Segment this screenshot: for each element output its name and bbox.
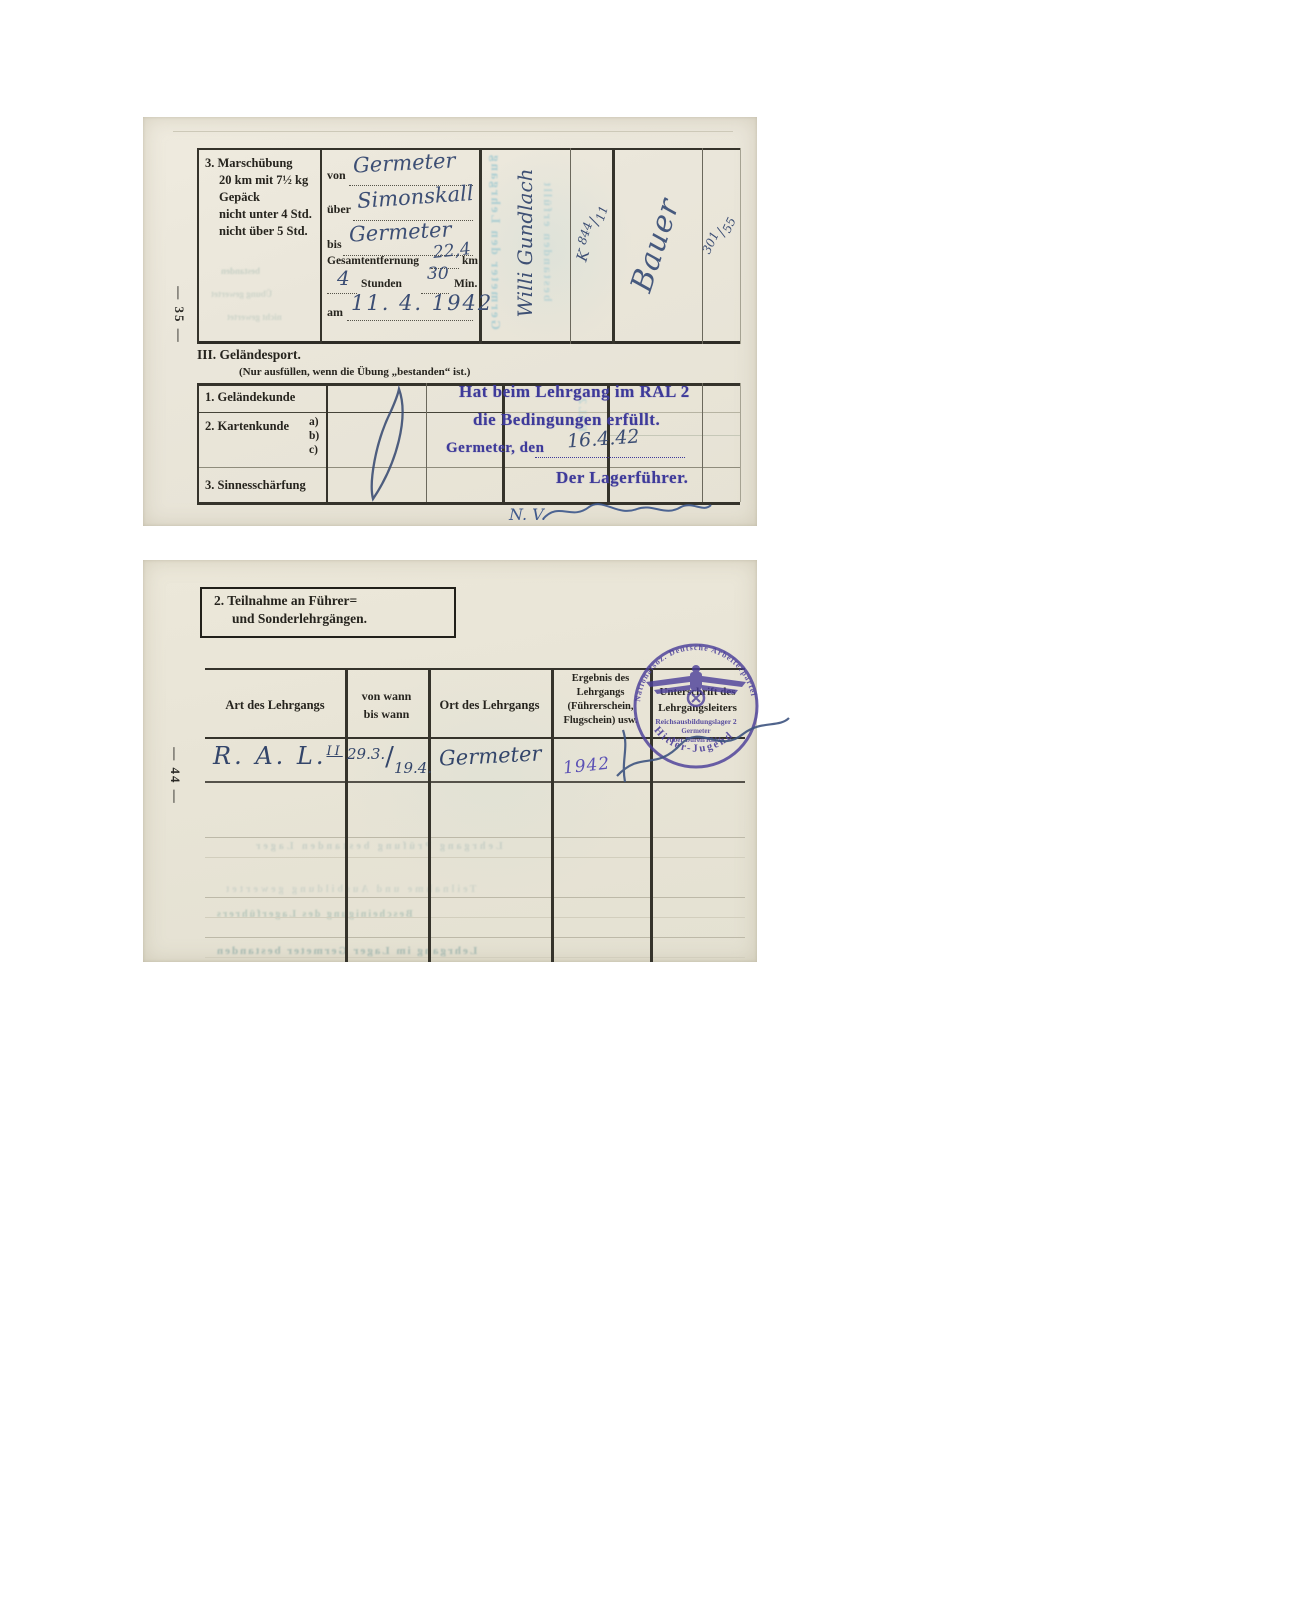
course-dates-handwritten: 29.3./19.4.	[347, 740, 432, 766]
participant-signature: Willi Gundlach	[515, 148, 535, 338]
bleedthrough-text: nicht gewertet	[227, 313, 282, 322]
row-rule-light	[205, 957, 745, 958]
column-divider	[428, 668, 431, 962]
row-sublabel: c)	[309, 445, 318, 457]
bleedthrough-text: bestanden erfüllt	[542, 146, 554, 336]
stunden-label: Stunden	[361, 279, 402, 291]
field-label: nicht über 5 Std.	[219, 225, 308, 238]
bis-label: bis	[327, 238, 342, 250]
field-label: nicht unter 4 Std.	[219, 208, 312, 221]
column-divider	[197, 148, 199, 344]
section-heading: III. Geländesport.	[197, 348, 301, 362]
course-type-superscript: II	[326, 744, 342, 759]
column-header-von: von wann	[345, 690, 428, 702]
row-rule-light	[205, 857, 745, 858]
registration-number-handwritten: K 844/11	[575, 202, 608, 264]
course-type-text: R. A. L.	[213, 742, 326, 770]
minuten-label: Min.	[454, 279, 477, 291]
column-divider	[326, 383, 328, 502]
section-heading-line1: 2. Teilnahme an Führer=	[214, 594, 357, 608]
field-label: Gepäck	[219, 191, 260, 204]
rule-line	[173, 131, 733, 132]
ueber-value-handwritten: Simonskall	[356, 183, 474, 212]
column-header-bis: bis wann	[345, 708, 428, 720]
course-type-handwritten: R. A. L.II	[213, 744, 343, 768]
date-value-handwritten: 11. 4. 1942	[351, 293, 493, 314]
section-subtitle: (Nur ausfüllen, wenn die Übung „bestande…	[239, 367, 470, 378]
k-denominator: 11	[593, 204, 611, 223]
minutes-value-handwritten: 30	[427, 266, 449, 283]
k-numerator: 844	[575, 220, 595, 246]
k-prefix: K	[573, 247, 594, 263]
date-to: 19.4.	[394, 759, 432, 777]
bleedthrough-text: Teilnahme und Ausbildung gewertet	[223, 885, 476, 895]
stamp-place-date-label: Germeter, den	[446, 441, 544, 456]
hours-value-handwritten: 4	[337, 268, 350, 288]
row-label: 3. Sinnesschärfung	[205, 479, 306, 492]
column-divider	[197, 383, 199, 502]
column-divider	[740, 148, 741, 344]
row-label: 2. Kartenkunde	[205, 420, 289, 433]
scan-canvas: Germeter den Lehrgang bestanden erfüllt …	[0, 0, 1301, 1610]
date-from: 29.3.	[347, 745, 385, 763]
document-page-35: Germeter den Lehrgang bestanden erfüllt …	[143, 117, 757, 526]
document-page-44: Lehrgang Prüfung bestanden Lager Teilnah…	[143, 560, 757, 962]
leader-signature-scribble	[611, 710, 796, 790]
row-rule-light	[205, 897, 745, 898]
bleedthrough-text: bestanden	[221, 267, 260, 276]
field-label: 3. Marschübung	[205, 157, 293, 170]
column-divider	[612, 148, 615, 344]
date-slash: /	[385, 742, 394, 772]
km-unit-label: km	[462, 256, 478, 268]
ueber-label: über	[327, 203, 351, 215]
stamp-date-handwritten: 16.4.42	[566, 427, 640, 451]
table-bottom-rule	[197, 341, 740, 344]
column-divider	[570, 148, 571, 344]
row-label: 1. Geländekunde	[205, 391, 295, 404]
bleedthrough-text: Übung gewertet	[211, 290, 272, 299]
von-label: von	[327, 169, 346, 181]
row-rule-light	[205, 917, 745, 918]
row-rule-light	[205, 837, 745, 838]
page-number-44: — 44 —	[167, 746, 183, 806]
column-divider	[320, 148, 322, 344]
signature-scribble	[541, 499, 713, 525]
handwritten-checkmark	[333, 385, 433, 503]
table-top-rule	[197, 148, 740, 150]
column-header-art: Art des Lehrgangs	[205, 699, 345, 712]
course-place-handwritten: Germeter	[439, 743, 542, 769]
stamp-text-line: Der Lagerführer.	[556, 469, 688, 486]
course-result-handwritten: 1942	[562, 756, 611, 778]
page-number-35: — 35 —	[171, 285, 187, 345]
row-rule-light	[205, 937, 745, 938]
file-number-handwritten: 301/55	[701, 206, 739, 266]
bleedthrough-text: Bescheinigung des Lagerführers	[215, 910, 413, 920]
am-label: am	[327, 306, 343, 318]
section-heading-line2: und Sonderlehrgängen.	[232, 612, 367, 626]
section-heading-box: 2. Teilnahme an Führer= und Sonderlehrgä…	[200, 587, 456, 638]
column-header-ort: Ort des Lehrgangs	[428, 699, 551, 712]
stamp-text-line: Hat beim Lehrgang im RAL 2	[459, 383, 690, 400]
dotted-line	[347, 320, 473, 321]
row-sublabel: b)	[309, 431, 319, 443]
num2-denominator: 55	[720, 215, 739, 235]
bleedthrough-text: Lehrgang Prüfung bestanden Lager	[253, 842, 503, 852]
dotted-line	[535, 457, 685, 458]
column-divider	[702, 383, 703, 502]
eagle-emblem-icon	[646, 665, 746, 706]
row-sublabel: a)	[309, 417, 319, 429]
column-divider	[740, 383, 741, 502]
field-label: 20 km mit 7½ kg	[219, 174, 308, 187]
von-value-handwritten: Germeter	[353, 150, 456, 176]
examiner-signature: Bauer	[623, 184, 692, 309]
